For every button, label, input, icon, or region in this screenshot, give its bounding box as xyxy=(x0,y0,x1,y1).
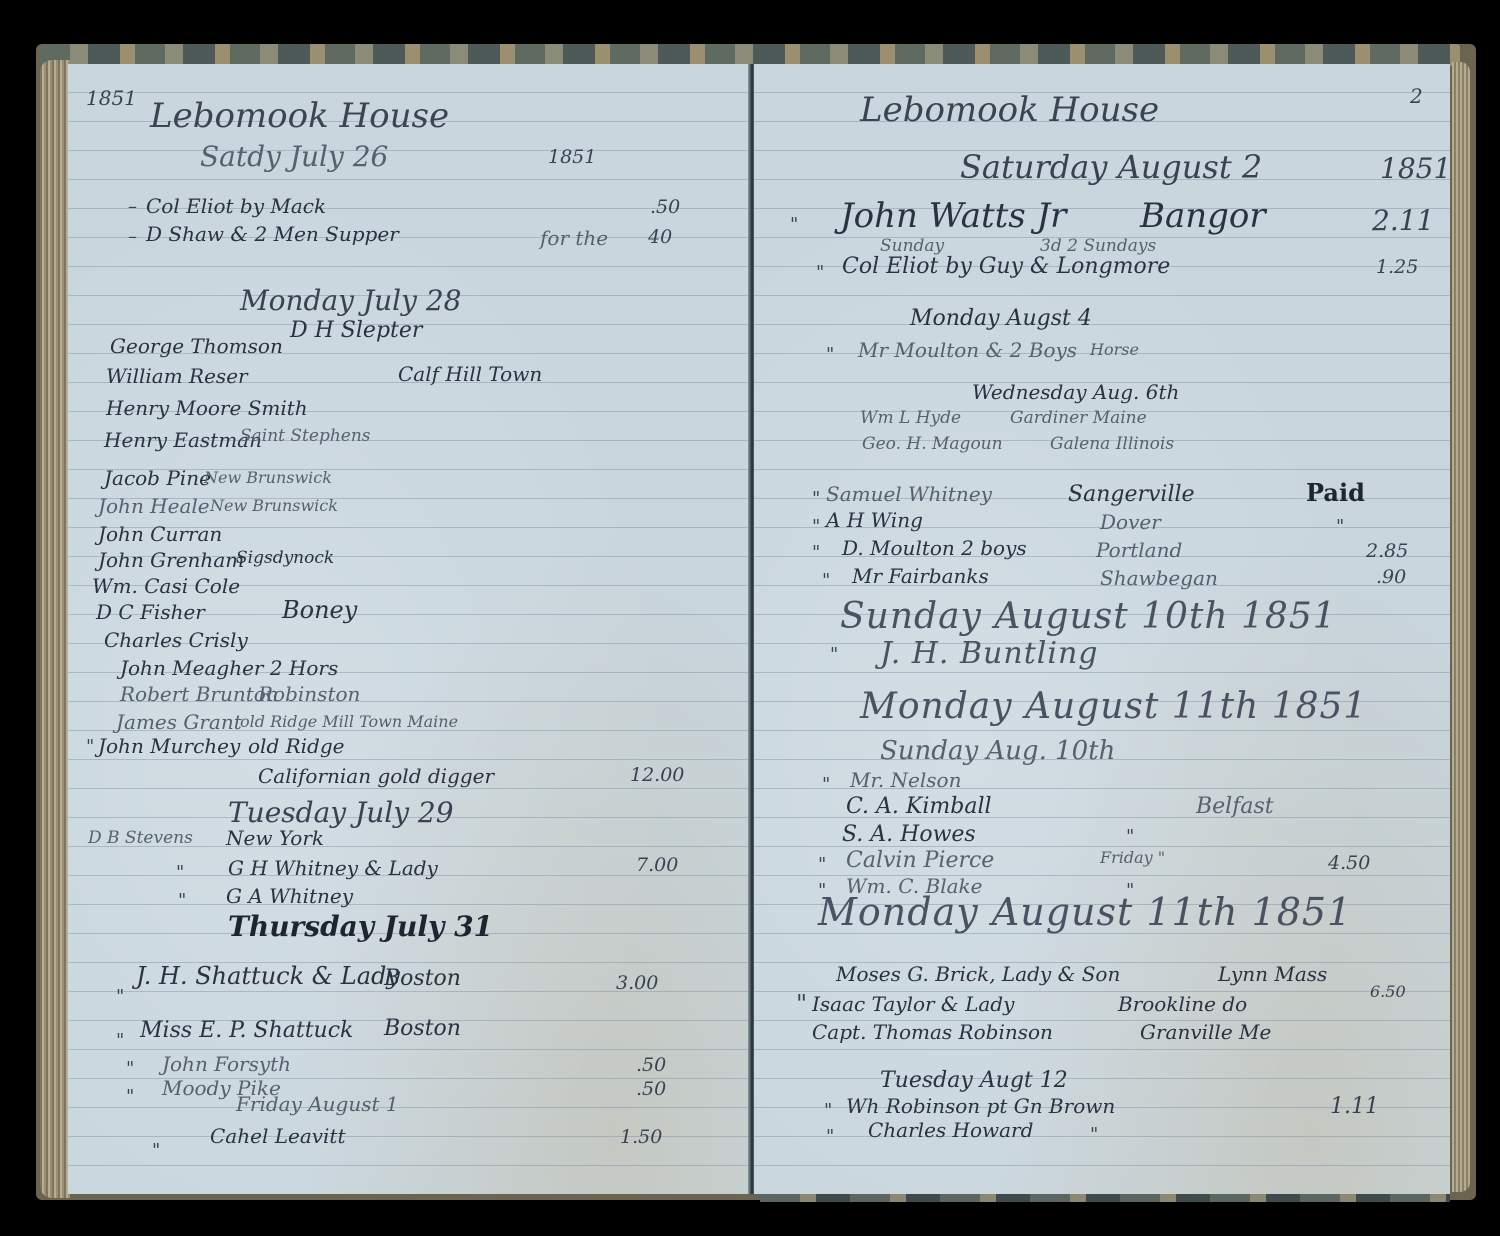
section-date: Satdy July 26 xyxy=(200,140,388,173)
entry-place: old Ridge xyxy=(248,734,345,758)
entry-name: William Reser xyxy=(106,364,248,388)
entry-place: Friday " xyxy=(1100,848,1165,867)
ditto-mark: " xyxy=(824,1100,832,1121)
ditto-mark: " xyxy=(116,1030,124,1051)
entry-name: Henry Eastman xyxy=(104,428,262,452)
ditto-mark: " xyxy=(812,516,820,537)
entry-name: Henry Moore Smith xyxy=(106,396,308,420)
entry-name: John Murchey xyxy=(98,734,240,758)
section-year: 1851 xyxy=(548,146,596,168)
ditto-mark: " xyxy=(1336,516,1344,537)
entry-amount: 1.11 xyxy=(1330,1094,1379,1119)
ditto-mark: " xyxy=(178,890,186,911)
entry-place: Shawbegan xyxy=(1100,566,1218,590)
entry-amount: .90 xyxy=(1376,566,1406,588)
entry-name: John Curran xyxy=(98,522,222,546)
ditto-mark: " xyxy=(818,854,826,875)
ornate-section-date: Monday August 11th 1851 xyxy=(818,890,1352,934)
entry-name: George Thomson xyxy=(110,334,283,358)
entry-place: Robinston xyxy=(258,682,360,706)
section-date: Saturday August 2 xyxy=(960,148,1262,186)
ditto-mark: " xyxy=(116,986,124,1007)
entry-name: Charles Crisly xyxy=(104,628,248,652)
section-date: Tuesday Augt 12 xyxy=(880,1068,1068,1093)
section-year: 1851 xyxy=(1380,152,1451,185)
ditto-mark: " xyxy=(86,736,94,757)
entry-name: John Forsyth xyxy=(162,1052,291,1076)
entry-amount: .50 xyxy=(650,196,680,218)
entry-name: J. H. Buntling xyxy=(880,636,1098,671)
ditto-mark: " xyxy=(1126,826,1134,847)
ditto-mark: " xyxy=(822,570,830,591)
ditto-mark: " xyxy=(830,644,838,665)
entry-place: Sangerville xyxy=(1068,482,1195,507)
entry-place: Galena Illinois xyxy=(1050,434,1174,454)
ditto-mark: " xyxy=(816,262,824,283)
section-date: Wednesday Aug. 6th xyxy=(972,380,1179,404)
entry-name: Cahel Leavitt xyxy=(210,1124,346,1148)
entry-place: Boney xyxy=(282,596,357,624)
ditto-mark: " xyxy=(1090,1124,1098,1145)
section-date: Tuesday July 29 xyxy=(228,796,454,829)
entry-name: D C Fisher xyxy=(96,600,205,624)
entry-name: John Heale xyxy=(98,494,210,518)
entry-name: Sunday xyxy=(880,236,944,256)
ditto-mark: " xyxy=(796,990,807,1018)
ditto-mark: " xyxy=(822,774,830,795)
entry-amount: 1.25 xyxy=(1376,256,1418,278)
entry-name: Mr Fairbanks xyxy=(852,564,989,588)
entry-name: James Grant xyxy=(116,710,242,734)
entry-place: Bangor xyxy=(1140,196,1266,236)
ornate-section-date: Monday August 11th 1851 xyxy=(860,686,1367,727)
entry-amount: 2.85 xyxy=(1366,540,1408,562)
ditto-mark: " xyxy=(826,344,834,365)
entry-name: John Grenham xyxy=(98,548,244,572)
entry-name: Mr. Nelson xyxy=(850,768,961,792)
entry-name: John Watts Jr xyxy=(840,196,1066,236)
entry-amount: 6.50 xyxy=(1370,982,1406,1001)
page-block-left xyxy=(40,60,70,1198)
entry-amount: 7.00 xyxy=(636,854,678,876)
ditto-mark: " xyxy=(126,1058,134,1079)
entry-place: New Brunswick xyxy=(204,468,332,487)
entry-name: J. H. Shattuck & Lady xyxy=(136,962,400,990)
left-page-title: Lebomook House xyxy=(150,96,449,136)
entry-name: Wm. Casi Cole xyxy=(92,574,240,598)
entry-amount: 3.00 xyxy=(616,972,658,994)
entry-name: New York xyxy=(226,826,324,850)
section-date: Monday Augst 4 xyxy=(910,306,1092,331)
entry-place: Saint Stephens xyxy=(240,426,371,446)
right-page-number: 2 xyxy=(1410,84,1423,108)
entry-place: Boston xyxy=(384,966,461,991)
left-page-number: 1851 xyxy=(86,86,137,110)
entry-name: Geo. H. Magoun xyxy=(862,434,1003,454)
ditto-mark: " xyxy=(176,862,184,883)
entry-place: 3d 2 Sundays xyxy=(1040,236,1156,256)
page-block-right xyxy=(1452,62,1470,1192)
ditto-mark: " xyxy=(812,542,820,563)
entry-name: Jacob Pine xyxy=(104,466,211,490)
ditto-mark: " xyxy=(152,1140,160,1161)
entry-place: Lynn Mass xyxy=(1218,962,1327,986)
section-date: Monday July 28 xyxy=(240,284,461,317)
entry-name: Wh Robinson pt Gn Brown xyxy=(846,1094,1115,1118)
ornate-section-date: Sunday August 10th 1851 xyxy=(840,596,1337,637)
entry-name: Mr Moulton & 2 Boys xyxy=(858,338,1077,362)
entry-name: Charles Howard xyxy=(868,1118,1033,1142)
entry-place: Boston xyxy=(384,1016,461,1041)
entry-name: Col Eliot by Mack xyxy=(146,194,326,218)
entry-place: D H Slepter xyxy=(290,318,422,343)
entry-amount: 1.50 xyxy=(620,1126,662,1148)
entry-name: G A Whitney xyxy=(226,884,353,908)
section-date: Thursday July 31 xyxy=(228,910,493,943)
entry-place: New Brunswick xyxy=(210,496,338,515)
entry-place: Sigsdynock xyxy=(236,548,334,568)
right-page-title: Lebomook House xyxy=(860,90,1159,130)
entry-name: S. A. Howes xyxy=(842,822,976,847)
entry-mark: – xyxy=(128,226,137,247)
entry-place: for the xyxy=(540,226,608,250)
entry-place: Gardiner Maine xyxy=(1010,408,1147,428)
entry-place: old Ridge Mill Town Maine xyxy=(240,712,458,731)
section-date: Sunday Aug. 10th xyxy=(880,736,1115,766)
entry-name: Miss E. P. Shattuck xyxy=(140,1018,353,1043)
entry-name: G H Whitney & Lady xyxy=(228,856,438,880)
ditto-mark: " xyxy=(126,1086,134,1107)
entry-amount: 2.11 xyxy=(1372,204,1434,237)
entry-amount: 4.50 xyxy=(1328,852,1370,874)
entry-mark: – xyxy=(128,196,137,217)
ditto-mark: " xyxy=(790,214,798,235)
entry-name: Robert Brunton xyxy=(120,682,279,706)
marbled-cover-edge-top xyxy=(40,44,1460,66)
entry-name: Samuel Whitney xyxy=(826,482,992,506)
entry-amount: .50 xyxy=(636,1054,666,1076)
entry-place: Horse xyxy=(1090,340,1139,359)
entry-name: Capt. Thomas Robinson xyxy=(812,1020,1053,1044)
entry-name: Moses G. Brick, Lady & Son xyxy=(836,962,1120,986)
entry-place: Belfast xyxy=(1196,794,1274,819)
section-date: Friday August 1 xyxy=(236,1092,399,1116)
entry-amount: .50 xyxy=(636,1078,666,1100)
entry-place: Portland xyxy=(1096,538,1182,562)
entry-place: Granville Me xyxy=(1140,1020,1271,1044)
entry-place: Dover xyxy=(1100,510,1161,534)
entry-name: D. Moulton 2 boys xyxy=(842,536,1027,560)
ditto-mark: " xyxy=(812,488,820,509)
entry-name: Isaac Taylor & Lady xyxy=(812,992,1014,1016)
entry-name: Californian gold digger xyxy=(258,764,494,788)
entry-name: Calvin Pierce xyxy=(846,848,994,873)
entry-place: Calf Hill Town xyxy=(398,362,542,386)
entry-amount: 12.00 xyxy=(630,764,684,786)
paid-status: Paid xyxy=(1306,478,1365,507)
entry-name: Wm L Hyde xyxy=(860,408,961,428)
entry-name: John Meagher 2 Hors xyxy=(120,656,338,680)
entry-name: Col Eliot by Guy & Longmore xyxy=(842,254,1170,279)
entry-name: A H Wing xyxy=(826,508,923,532)
ditto-mark: " xyxy=(826,1126,834,1147)
entry-place: Brookline do xyxy=(1118,992,1247,1016)
entry-name: D Shaw & 2 Men Supper xyxy=(146,222,399,246)
entry-mark: D B Stevens xyxy=(88,828,193,848)
entry-amount: 40 xyxy=(648,226,672,248)
entry-name: C. A. Kimball xyxy=(846,794,992,819)
